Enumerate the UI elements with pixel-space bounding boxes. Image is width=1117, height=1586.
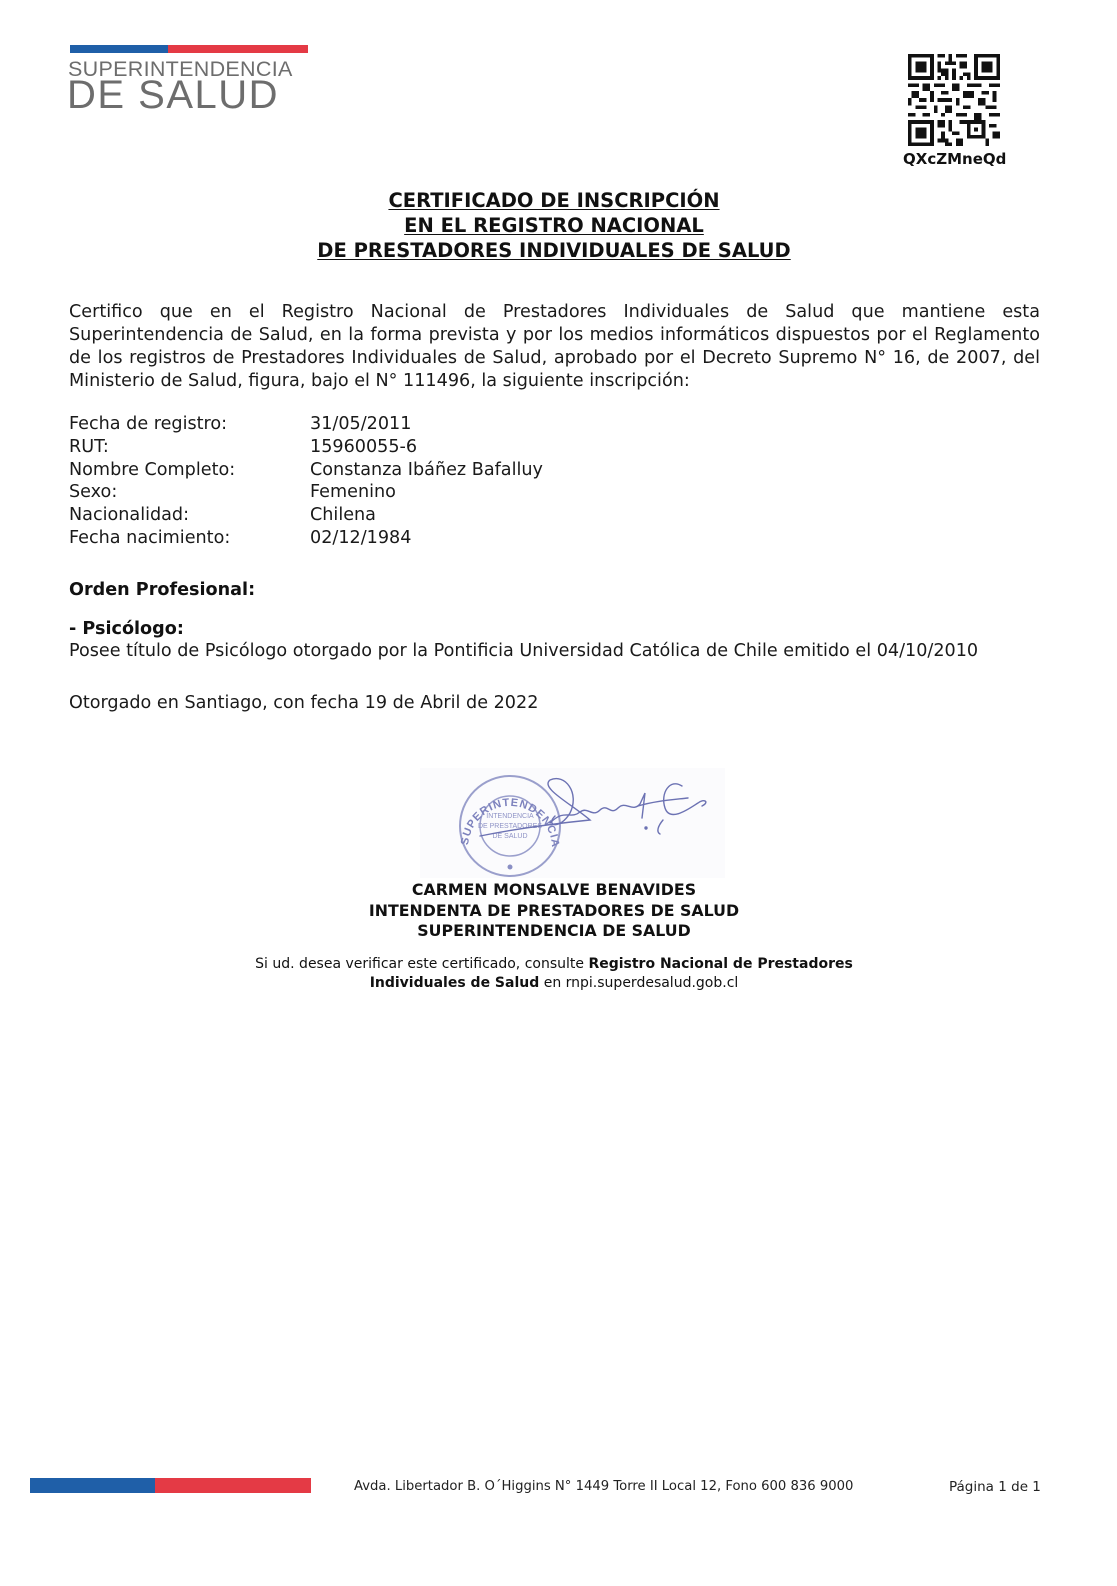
title-line-2: EN EL REGISTRO NACIONAL [404, 214, 704, 237]
detail-label: Nacionalidad: [69, 504, 310, 527]
intro-paragraph: Certifico que en el Registro Nacional de… [69, 301, 1040, 393]
logo-text-line2: DE SALUD [67, 75, 279, 115]
footer-address: Avda. Libertador B. O´Higgins N° 1449 To… [354, 1479, 853, 1494]
verify-prefix: Si ud. desea verificar este certificado,… [255, 956, 588, 972]
profession-description: Posee título de Psicólogo otorgado por l… [69, 641, 978, 661]
handwritten-signature-icon [420, 768, 725, 878]
detail-label: RUT: [69, 436, 310, 459]
detail-value: Constanza Ibáñez Bafalluy [310, 459, 543, 482]
detail-row-nationality: Nacionalidad: Chilena [69, 504, 543, 527]
footer-bar-blue [30, 1478, 155, 1493]
verify-url-text: en rnpi.superdesalud.gob.cl [539, 975, 738, 991]
page-number: Página 1 de 1 [949, 1479, 1041, 1495]
detail-value: 02/12/1984 [310, 527, 411, 550]
detail-label: Sexo: [69, 481, 310, 504]
profession-heading: Orden Profesional: [69, 580, 255, 600]
signer-position: INTENDENTA DE PRESTADORES DE SALUD [0, 901, 1108, 922]
signer-block: CARMEN MONSALVE BENAVIDES INTENDENTA DE … [0, 880, 1108, 942]
signature-area: SUPERINTENDENCIA DE SALUD INTENDENCIA DE… [420, 768, 725, 878]
signer-institution: SUPERINTENDENCIA DE SALUD [0, 921, 1108, 942]
registration-details: Fecha de registro: 31/05/2011 RUT: 15960… [69, 413, 543, 550]
title-line-1: CERTIFICADO DE INSCRIPCIÓN [388, 189, 719, 212]
detail-row-rut: RUT: 15960055-6 [69, 436, 543, 459]
detail-row-sex: Sexo: Femenino [69, 481, 543, 504]
detail-value: Chilena [310, 504, 376, 527]
footer-bar-red [155, 1478, 311, 1493]
certificate-title: CERTIFICADO DE INSCRIPCIÓN EN EL REGISTR… [0, 188, 1108, 263]
title-line-3: DE PRESTADORES INDIVIDUALES DE SALUD [317, 239, 790, 262]
verify-registry-name-1: Registro Nacional de Prestadores [588, 956, 852, 972]
verification-note: Si ud. desea verificar este certificado,… [0, 955, 1108, 993]
profession-title: - Psicólogo: [69, 619, 184, 639]
qr-verification-code: QXcZMneQd [903, 150, 1006, 168]
detail-label: Fecha nacimiento: [69, 527, 310, 550]
detail-row-registration-date: Fecha de registro: 31/05/2011 [69, 413, 543, 436]
logo-bar-blue [70, 45, 168, 53]
issued-statement: Otorgado en Santiago, con fecha 19 de Ab… [69, 693, 538, 713]
logo-flag-bar [70, 45, 308, 53]
signer-name: CARMEN MONSALVE BENAVIDES [0, 880, 1108, 901]
footer-flag-bar [30, 1478, 311, 1493]
detail-row-full-name: Nombre Completo: Constanza Ibáñez Bafall… [69, 459, 543, 482]
detail-value: 15960055-6 [310, 436, 417, 459]
detail-value: Femenino [310, 481, 396, 504]
detail-row-birth-date: Fecha nacimiento: 02/12/1984 [69, 527, 543, 550]
logo-bar-red [168, 45, 308, 53]
verify-registry-name-2: Individuales de Salud [370, 975, 540, 991]
detail-value: 31/05/2011 [310, 413, 411, 436]
qr-code-icon [906, 54, 1002, 146]
detail-label: Nombre Completo: [69, 459, 310, 482]
detail-label: Fecha de registro: [69, 413, 310, 436]
